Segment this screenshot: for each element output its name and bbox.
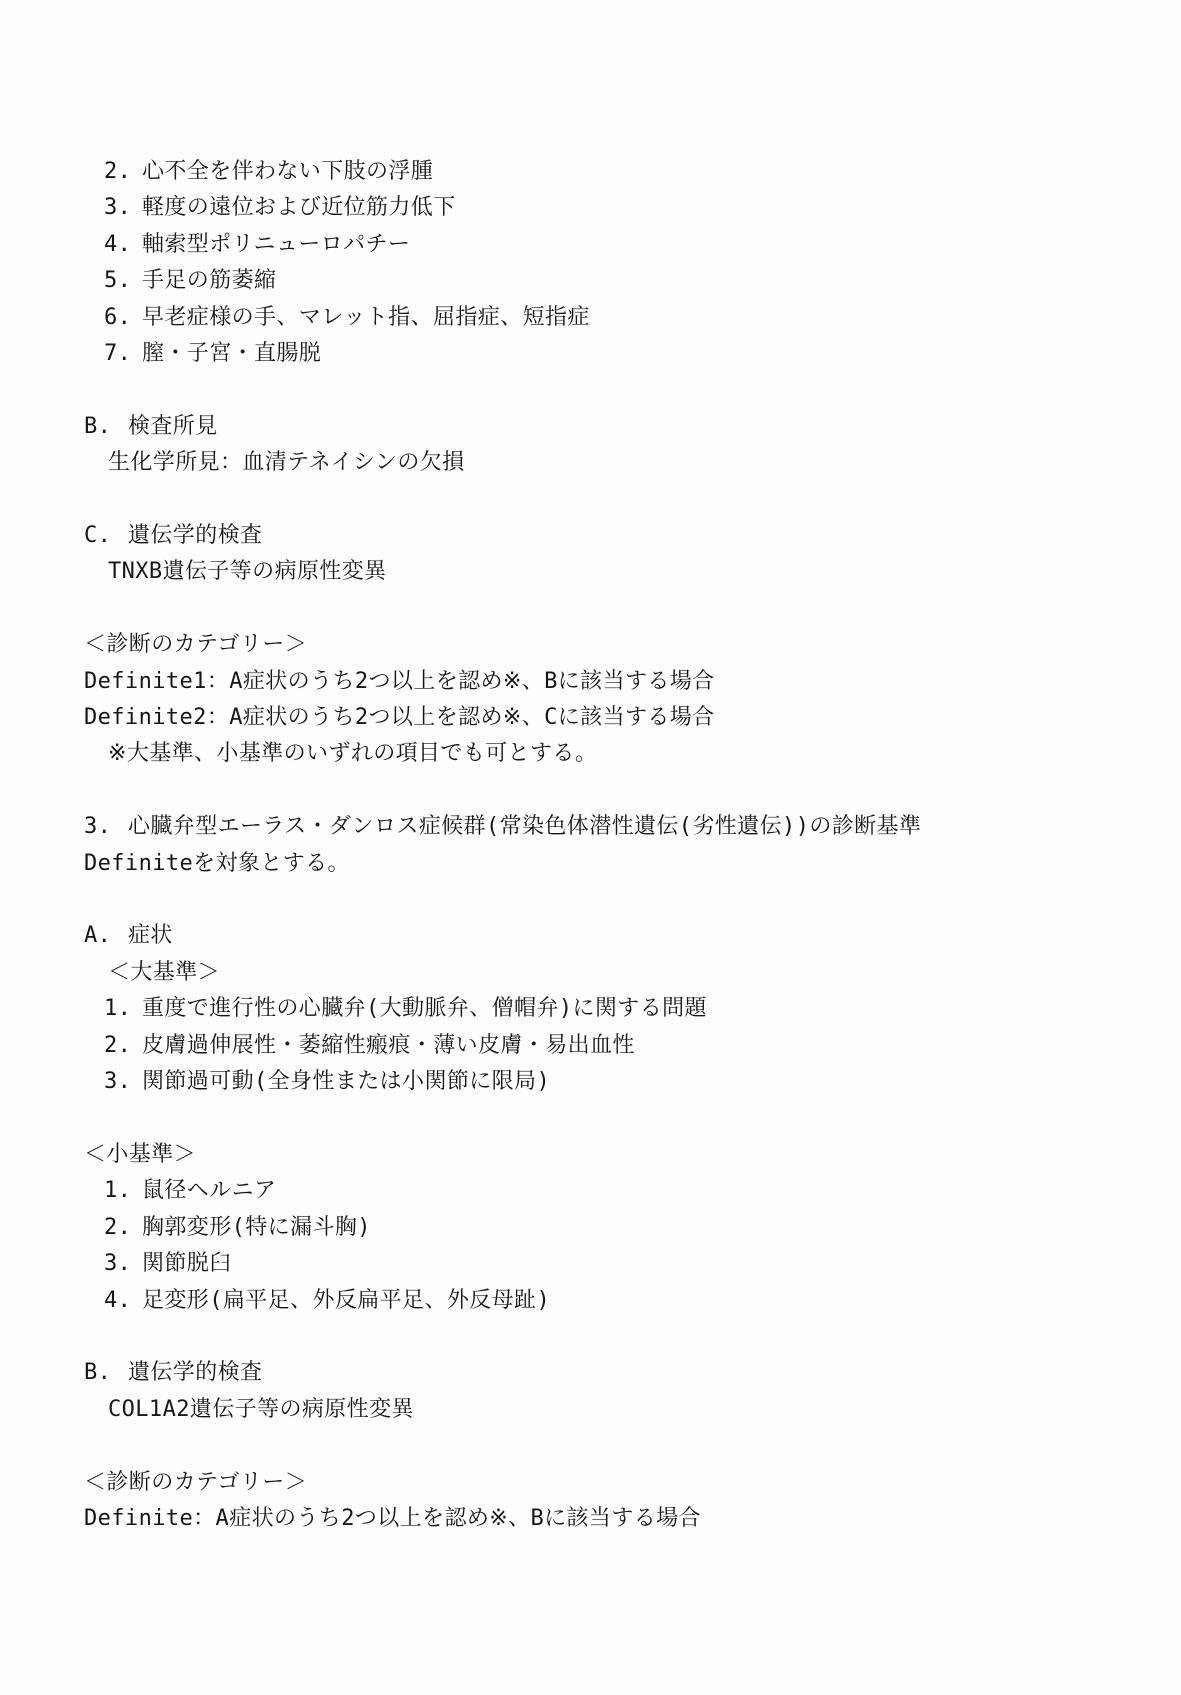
line-number-prefix: 1. bbox=[104, 991, 142, 1027]
text-line: 3.心臓弁型エーラス・ダンロス症候群(常染色体潜性遺伝(劣性遺伝))の診断基準 bbox=[84, 809, 1145, 845]
text-line: ＜診断のカテゴリー＞ bbox=[84, 1465, 1145, 1501]
line-number-prefix: C. bbox=[84, 518, 128, 554]
line-text: 遺伝学的検査 bbox=[128, 1360, 262, 1385]
text-line: Definite：A症状のうち2つ以上を認め※、Bに該当する場合 bbox=[84, 1501, 1145, 1537]
line-text: 心臓弁型エーラス・ダンロス症候群(常染色体潜性遺伝(劣性遺伝))の診断基準 bbox=[128, 814, 921, 839]
line-text: ※大基準、小基準のいずれの項目でも可とする。 bbox=[108, 741, 597, 766]
text-line: 6.早老症様の手、マレット指、屈指症、短指症 bbox=[84, 300, 1145, 336]
line-text: 遺伝学的検査 bbox=[128, 523, 262, 548]
minor-criteria: ＜小基準＞1.鼠径ヘルニア2.胸郭変形(特に漏斗胸)3.関節脱臼4.足変形(扁平… bbox=[84, 1137, 1145, 1319]
text-line: 3.関節脱臼 bbox=[84, 1246, 1145, 1282]
line-text: Definite1：A症状のうち2つ以上を認め※、Bに該当する場合 bbox=[84, 669, 715, 694]
line-text: 軸索型ポリニューロパチー bbox=[142, 232, 410, 257]
diagnostic-category-cardiac-valvular: ＜診断のカテゴリー＞Definite：A症状のうち2つ以上を認め※、Bに該当する… bbox=[84, 1465, 1145, 1538]
line-text: Definite：A症状のうち2つ以上を認め※、Bに該当する場合 bbox=[84, 1506, 701, 1531]
line-number-prefix: 4. bbox=[104, 227, 142, 263]
line-text: 検査所見 bbox=[128, 414, 218, 439]
text-line: Definiteを対象とする。 bbox=[84, 846, 1145, 882]
line-text: 心不全を伴わない下肢の浮腫 bbox=[142, 159, 433, 184]
line-text: 関節脱臼 bbox=[142, 1251, 232, 1276]
document-page: 2.心不全を伴わない下肢の浮腫3.軽度の遠位および近位筋力低下4.軸索型ポリニュ… bbox=[0, 0, 1181, 1695]
line-text: ＜大基準＞ bbox=[108, 960, 220, 985]
section-a-symptoms-major-criteria: A.症状＜大基準＞1.重度で進行性の心臓弁(大動脈弁、僧帽弁)に関する問題2.皮… bbox=[84, 918, 1145, 1100]
line-text: 足変形(扁平足、外反扁平足、外反母趾) bbox=[142, 1288, 550, 1313]
line-text: 症状 bbox=[128, 923, 173, 948]
text-line: ＜小基準＞ bbox=[84, 1137, 1145, 1173]
line-number-prefix: 7. bbox=[104, 336, 142, 372]
text-line: 2.胸郭変形(特に漏斗胸) bbox=[84, 1210, 1145, 1246]
text-line: 7.膣・子宮・直腸脱 bbox=[84, 336, 1145, 372]
line-text: COL1A2遺伝子等の病原性変異 bbox=[108, 1397, 414, 1422]
text-line: B.検査所見 bbox=[84, 409, 1145, 445]
line-number-prefix: 3. bbox=[104, 190, 142, 226]
text-line: 生化学所見：血清テネイシンの欠損 bbox=[84, 445, 1145, 481]
diagnostic-category-first: ＜診断のカテゴリー＞Definite1：A症状のうち2つ以上を認め※、Bに該当す… bbox=[84, 627, 1145, 773]
section-c-genetic-testing: C.遺伝学的検査TNXB遺伝子等の病原性変異 bbox=[84, 518, 1145, 591]
line-text: Definite2：A症状のうち2つ以上を認め※、Cに該当する場合 bbox=[84, 705, 715, 730]
text-line: 1.重度で進行性の心臓弁(大動脈弁、僧帽弁)に関する問題 bbox=[84, 991, 1145, 1027]
text-line: 1.鼠径ヘルニア bbox=[84, 1173, 1145, 1209]
text-line: ＜診断のカテゴリー＞ bbox=[84, 627, 1145, 663]
text-line: C.遺伝学的検査 bbox=[84, 518, 1145, 554]
line-number-prefix: 2. bbox=[104, 154, 142, 190]
line-number-prefix: 3. bbox=[84, 809, 128, 845]
line-text: 早老症様の手、マレット指、屈指症、短指症 bbox=[142, 305, 590, 330]
text-line: ※大基準、小基準のいずれの項目でも可とする。 bbox=[84, 736, 1145, 772]
text-line: 3.関節過可動(全身性または小関節に限局) bbox=[84, 1064, 1145, 1100]
line-number-prefix: 5. bbox=[104, 263, 142, 299]
line-text: 手足の筋萎縮 bbox=[142, 268, 276, 293]
line-text: 胸郭変形(特に漏斗胸) bbox=[142, 1215, 371, 1240]
line-text: ＜診断のカテゴリー＞ bbox=[84, 1470, 307, 1495]
line-text: 皮膚過伸展性・萎縮性瘢痕・薄い皮膚・易出血性 bbox=[142, 1033, 635, 1058]
line-text: TNXB遺伝子等の病原性変異 bbox=[108, 559, 387, 584]
text-line: 2.皮膚過伸展性・萎縮性瘢痕・薄い皮膚・易出血性 bbox=[84, 1028, 1145, 1064]
line-number-prefix: 3. bbox=[104, 1246, 142, 1282]
text-line: ＜大基準＞ bbox=[84, 955, 1145, 991]
line-number-prefix: 4. bbox=[104, 1283, 142, 1319]
section-3-cardiac-valvular-heading: 3.心臓弁型エーラス・ダンロス症候群(常染色体潜性遺伝(劣性遺伝))の診断基準D… bbox=[84, 809, 1145, 882]
text-line: B.遺伝学的検査 bbox=[84, 1355, 1145, 1391]
line-number-prefix: 2. bbox=[104, 1210, 142, 1246]
text-line: COL1A2遺伝子等の病原性変異 bbox=[84, 1392, 1145, 1428]
text-line: 5.手足の筋萎縮 bbox=[84, 263, 1145, 299]
text-line: TNXB遺伝子等の病原性変異 bbox=[84, 554, 1145, 590]
line-text: ＜小基準＞ bbox=[84, 1142, 196, 1167]
line-number-prefix: 6. bbox=[104, 300, 142, 336]
line-number-prefix: 1. bbox=[104, 1173, 142, 1209]
text-line: 3.軽度の遠位および近位筋力低下 bbox=[84, 190, 1145, 226]
minor-criteria-items-continued: 2.心不全を伴わない下肢の浮腫3.軽度の遠位および近位筋力低下4.軸索型ポリニュ… bbox=[84, 154, 1145, 372]
text-line: Definite2：A症状のうち2つ以上を認め※、Cに該当する場合 bbox=[84, 700, 1145, 736]
text-line: A.症状 bbox=[84, 918, 1145, 954]
document-body: 2.心不全を伴わない下肢の浮腫3.軽度の遠位および近位筋力低下4.軸索型ポリニュ… bbox=[0, 0, 1181, 1537]
line-number-prefix: B. bbox=[84, 409, 128, 445]
text-line: 4.足変形(扁平足、外反扁平足、外反母趾) bbox=[84, 1283, 1145, 1319]
line-text: ＜診断のカテゴリー＞ bbox=[84, 632, 307, 657]
section-b-laboratory-findings: B.検査所見生化学所見：血清テネイシンの欠損 bbox=[84, 409, 1145, 482]
line-number-prefix: 2. bbox=[104, 1028, 142, 1064]
line-text: 膣・子宮・直腸脱 bbox=[142, 341, 321, 366]
line-number-prefix: A. bbox=[84, 918, 128, 954]
line-text: Definiteを対象とする。 bbox=[84, 851, 350, 876]
text-line: Definite1：A症状のうち2つ以上を認め※、Bに該当する場合 bbox=[84, 664, 1145, 700]
line-text: 鼠径ヘルニア bbox=[142, 1178, 276, 1203]
line-text: 軽度の遠位および近位筋力低下 bbox=[142, 195, 456, 220]
line-number-prefix: 3. bbox=[104, 1064, 142, 1100]
section-b-genetic-testing-cardiac: B.遺伝学的検査COL1A2遺伝子等の病原性変異 bbox=[84, 1355, 1145, 1428]
line-text: 関節過可動(全身性または小関節に限局) bbox=[142, 1069, 550, 1094]
line-text: 重度で進行性の心臓弁(大動脈弁、僧帽弁)に関する問題 bbox=[142, 996, 707, 1021]
text-line: 2.心不全を伴わない下肢の浮腫 bbox=[84, 154, 1145, 190]
text-line: 4.軸索型ポリニューロパチー bbox=[84, 227, 1145, 263]
line-number-prefix: B. bbox=[84, 1355, 128, 1391]
line-text: 生化学所見：血清テネイシンの欠損 bbox=[108, 450, 465, 475]
